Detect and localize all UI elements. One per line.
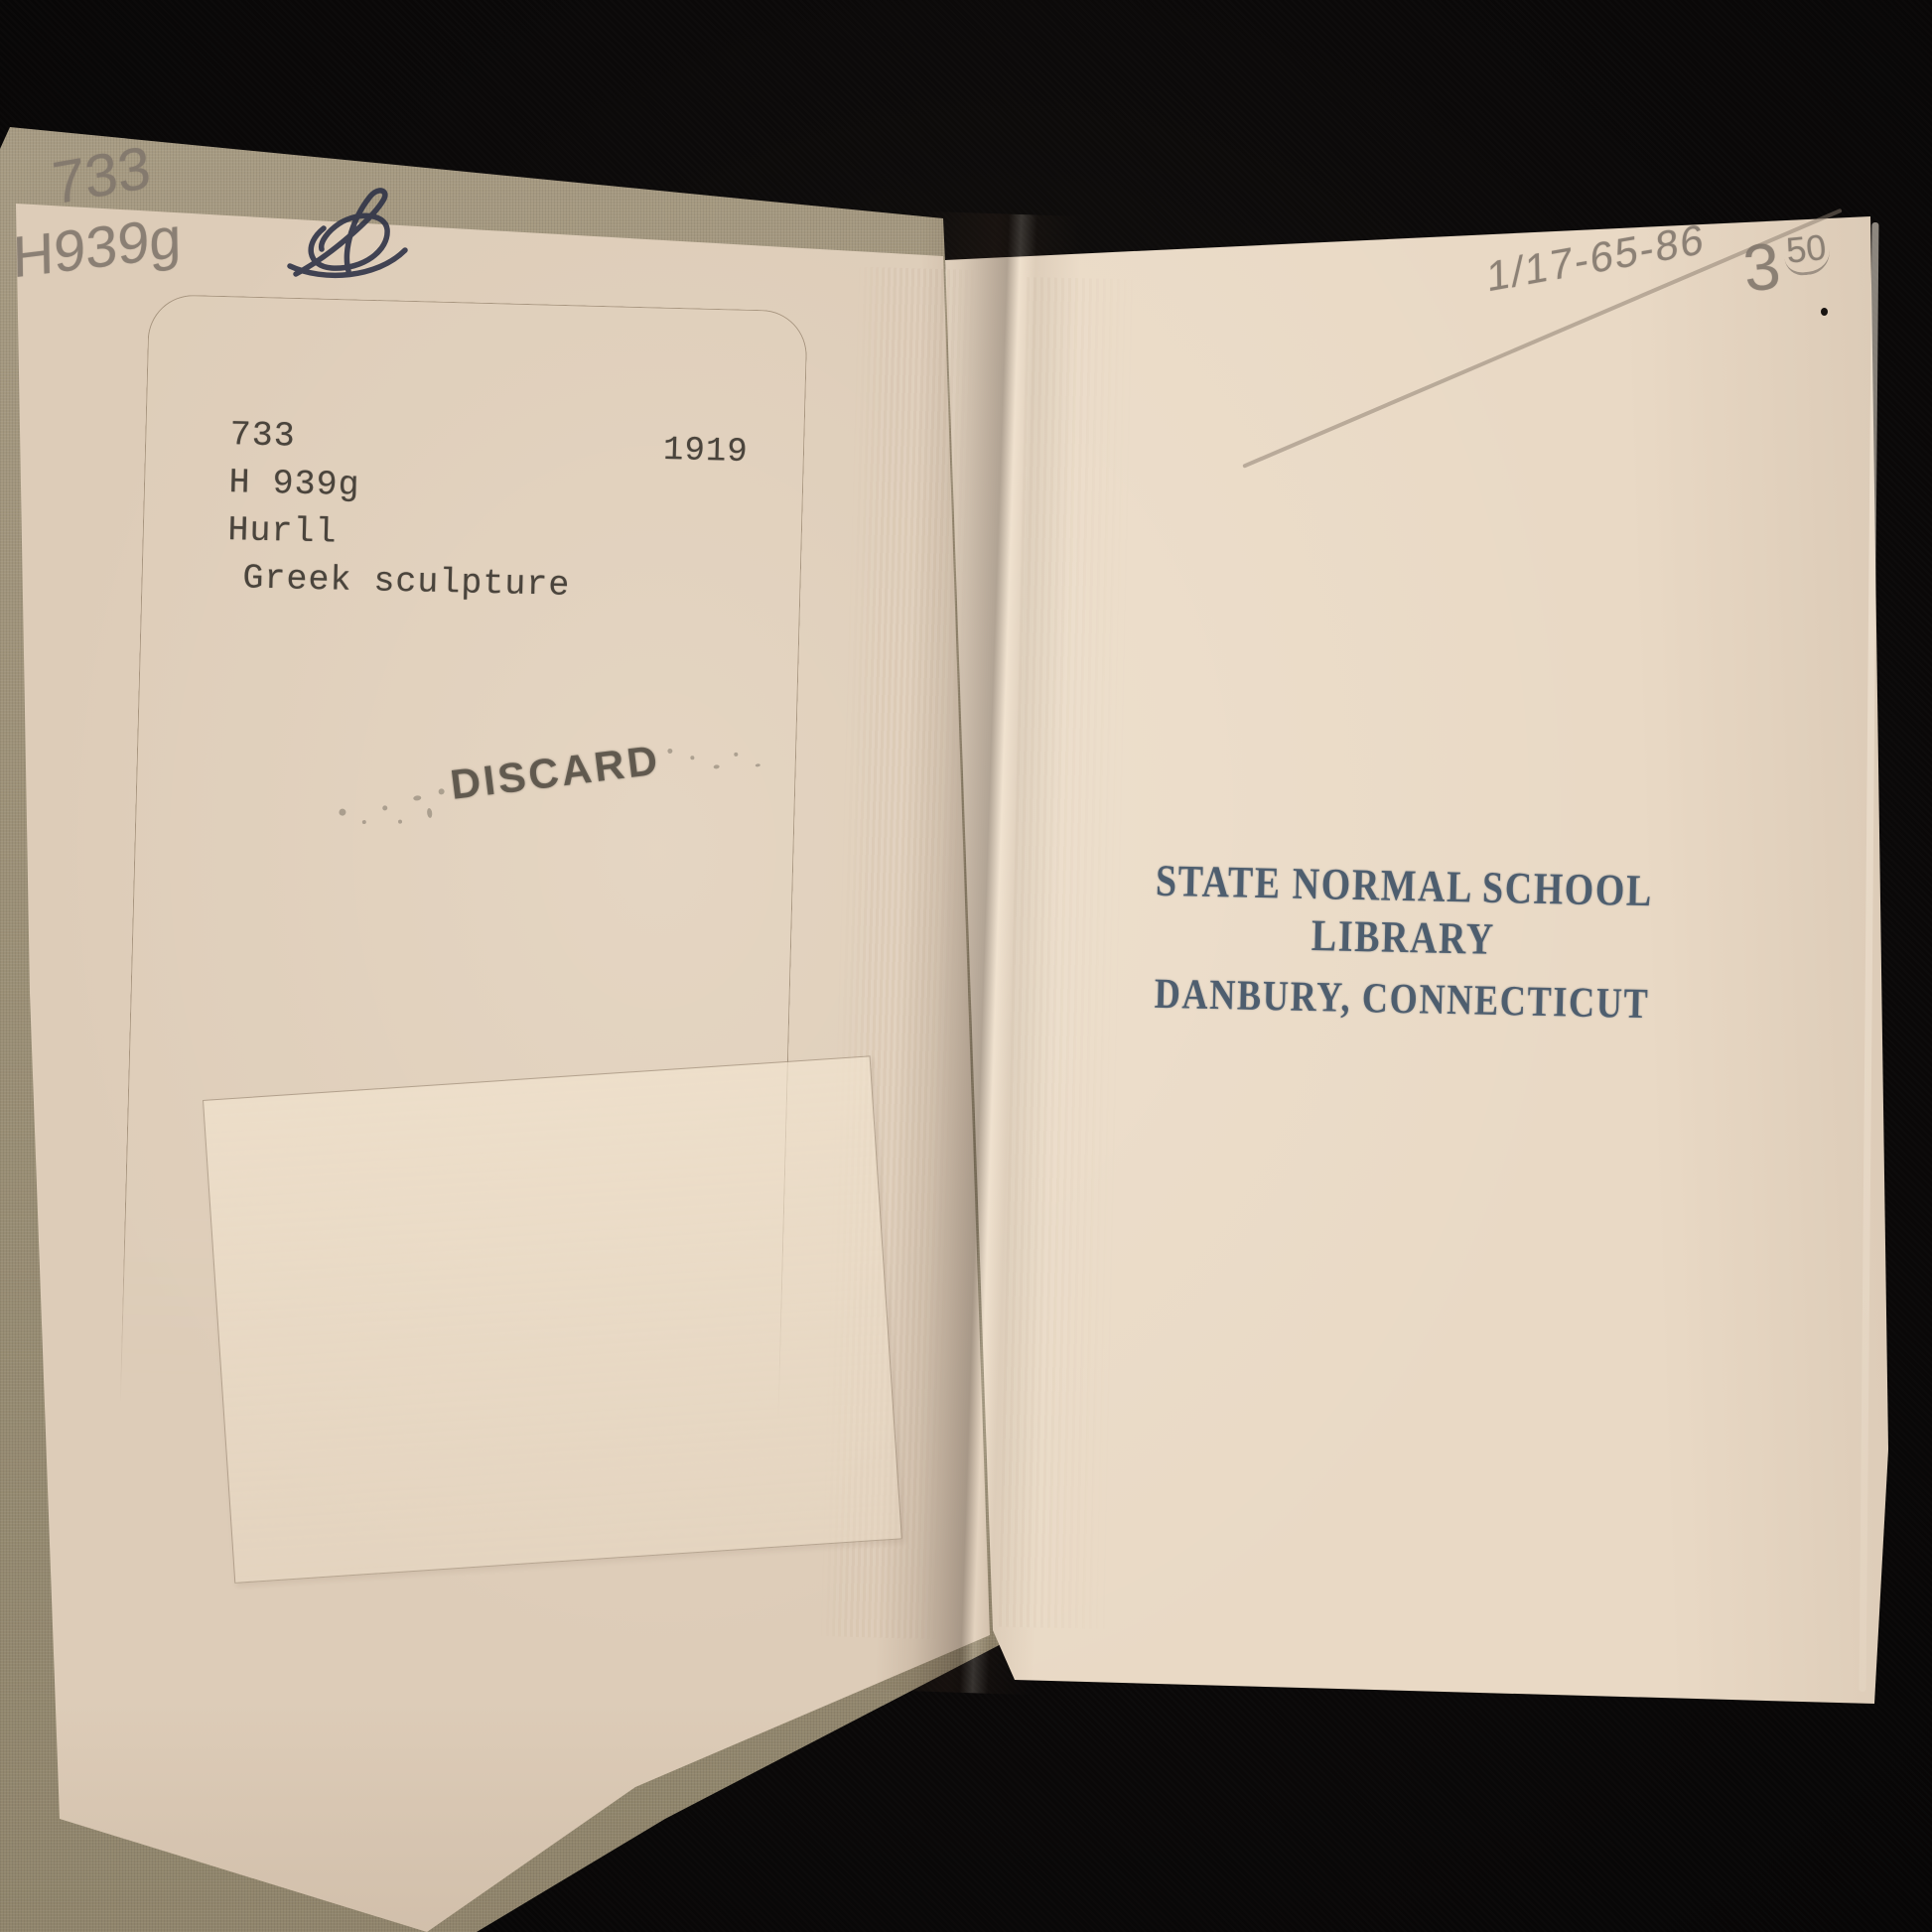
typed-year: 1919 — [663, 432, 750, 472]
photo-of-open-book: 733 H 939g Hurll Greek sculpture 1919 DI… — [0, 0, 1932, 1932]
stamp-smudge-dot — [398, 819, 402, 823]
stamp-smudge-dot — [690, 756, 694, 759]
typed-line-title: Greek sculpture — [226, 554, 571, 610]
pencil-price-dollars: 3 — [1739, 228, 1783, 305]
typed-line-call2: H 939g — [228, 459, 573, 514]
stamp-smudge-dot — [362, 820, 366, 824]
stamp-smudge-dot — [734, 753, 738, 757]
stamp-smudge-dot — [382, 805, 388, 811]
stamp-smudge-dot — [713, 764, 719, 769]
pencil-price-cents: 50 — [1781, 226, 1832, 278]
stamp-smudge-dot — [413, 795, 422, 801]
stamp-smudge-dot — [438, 788, 445, 795]
stamp-smudge-dot — [427, 808, 433, 819]
typed-line-call1: 733 — [229, 411, 574, 467]
paper-speck — [1821, 308, 1828, 316]
library-stamp-line1: STATE NORMAL SCHOOL LIBRARY — [1136, 854, 1672, 968]
stamp-smudge-dot — [756, 763, 760, 767]
typed-line-author: Hurll — [227, 506, 572, 562]
typed-call-number-block: 733 H 939g Hurll Greek sculpture — [226, 411, 574, 610]
pencil-price: 350 — [1739, 222, 1834, 307]
ink-scribble-mark — [282, 177, 421, 291]
stamp-smudge-dot — [667, 749, 673, 755]
stamp-smudge-dot — [339, 808, 346, 816]
library-pocket — [203, 1055, 902, 1584]
library-ownership-stamp: STATE NORMAL SCHOOL LIBRARY DANBURY, CON… — [1135, 854, 1672, 1029]
